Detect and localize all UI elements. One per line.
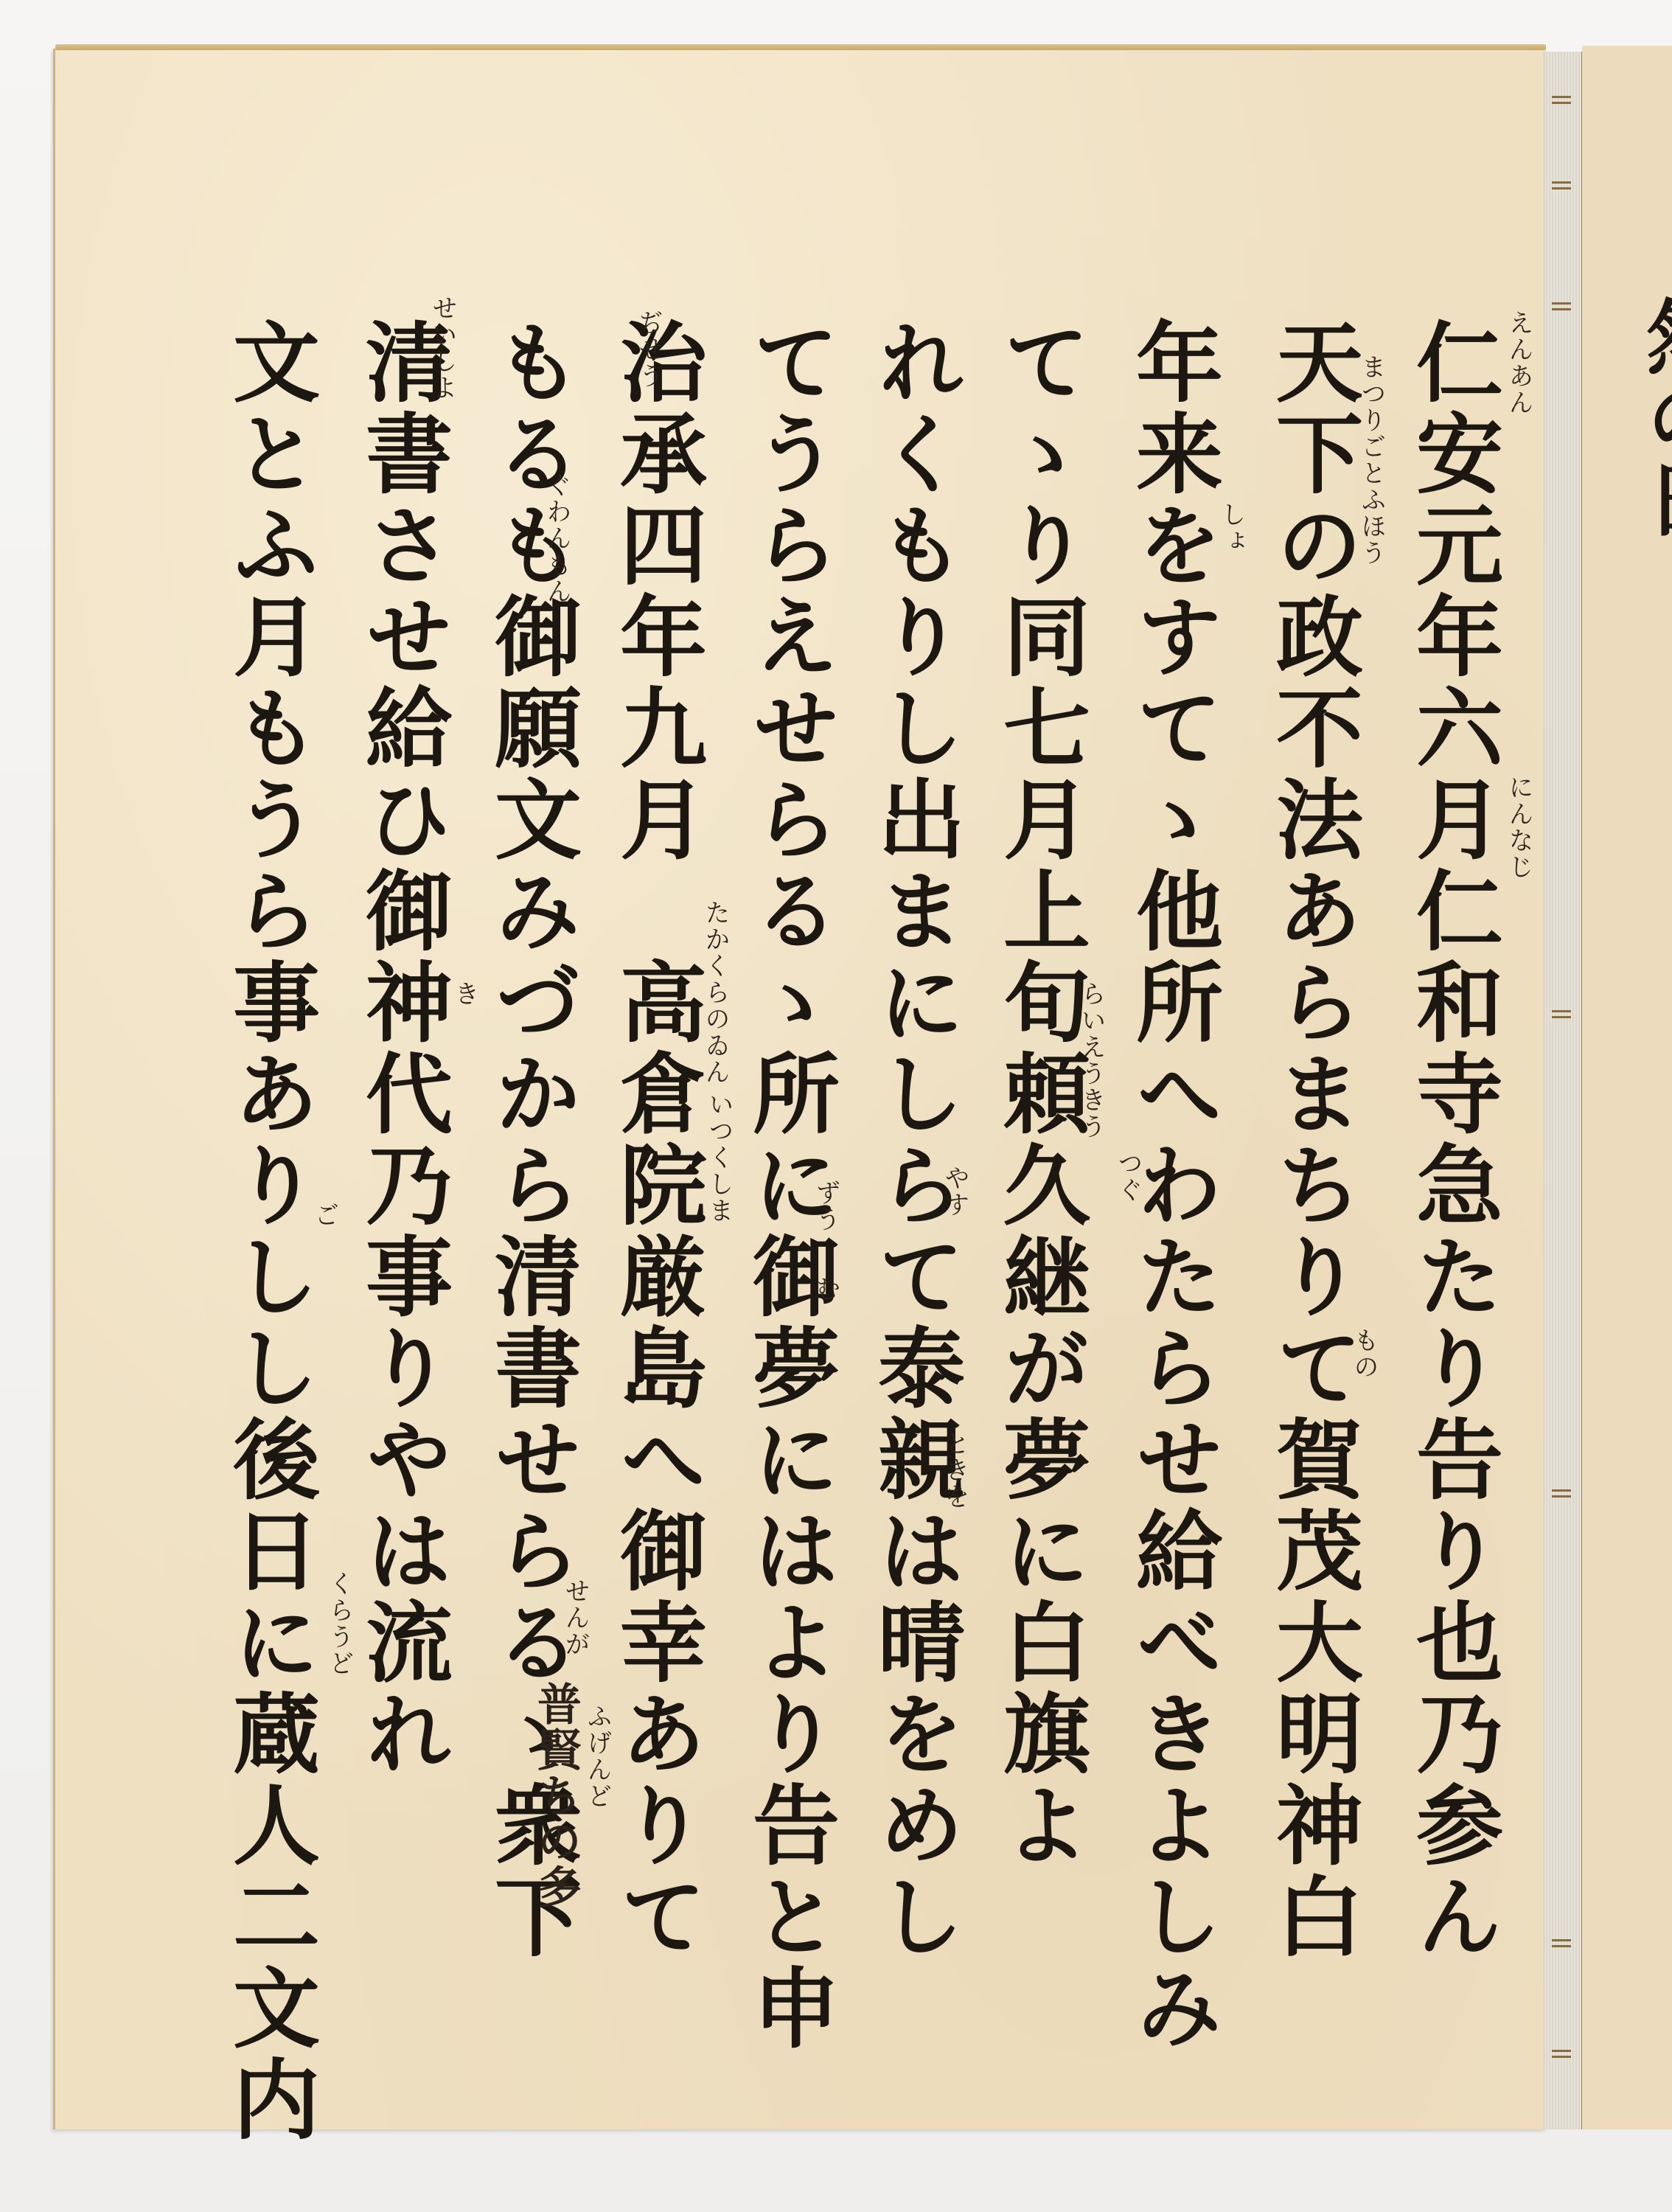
text-column-7: 治承四年九月 高倉院厳島へ御幸ありて <box>601 317 711 1963</box>
text-column-1: 仁安元年六月仁和寺急たり告り也乃参ん <box>1397 317 1508 1963</box>
ruby-column-9a: せいしよ <box>428 295 457 401</box>
ruby-column-5b: ときを <box>940 1430 969 1510</box>
ruby-column-3a: しょ <box>1216 501 1246 554</box>
side-note-ruby: ふげんど <box>582 1703 612 1809</box>
ruby-column-8a: ぐわんもん <box>542 472 571 605</box>
ruby-column-6a: ずう <box>811 1180 840 1233</box>
text-column-10: 文とふ月もうら事ありしし後日に蔵人二文内 <box>214 317 324 2146</box>
text-column-9: 清書させ給ひ御神代乃事りやは流れ <box>346 317 457 1780</box>
ruby-column-10b: くらうど <box>324 1571 354 1677</box>
ruby-column-10a: ご <box>310 1202 339 1228</box>
ruby-column-1b: にんなじ <box>1504 774 1533 880</box>
side-note-fugen: 普賢ちの多 <box>531 1681 582 1910</box>
ruby-column-4b: つぐ <box>1113 1150 1143 1203</box>
ruby-column-5a: やす <box>940 1165 969 1218</box>
ruby-column-7c: いつくしま <box>704 1091 734 1224</box>
ruby-column-4a: らいえうきう <box>1076 981 1106 1140</box>
ruby-column-7a: ぢせう <box>634 310 663 389</box>
ruby-column-9b: き <box>450 981 479 1007</box>
ruby-column-7b: たかくらのゐん <box>700 900 730 1085</box>
ruby-column-8b: せんが <box>560 1578 590 1658</box>
ruby-column-1a: えんあん <box>1504 310 1533 416</box>
ruby-column-2a: まつりごとふほう <box>1356 354 1386 566</box>
right-page-partial-text: 然の日 <box>1622 295 1672 538</box>
text-column-5: れくもりし出まにしらて泰親は晴をめし <box>859 317 969 1963</box>
text-column-2: 天下の政不法あらまちりて賀茂大明神白 <box>1257 317 1368 1963</box>
gilt-top-edge <box>55 44 1546 50</box>
ruby-column-2b: もの <box>1349 1327 1379 1380</box>
book-binding-strip <box>1544 52 1583 2129</box>
ruby-column-6b: む <box>811 1276 840 1302</box>
